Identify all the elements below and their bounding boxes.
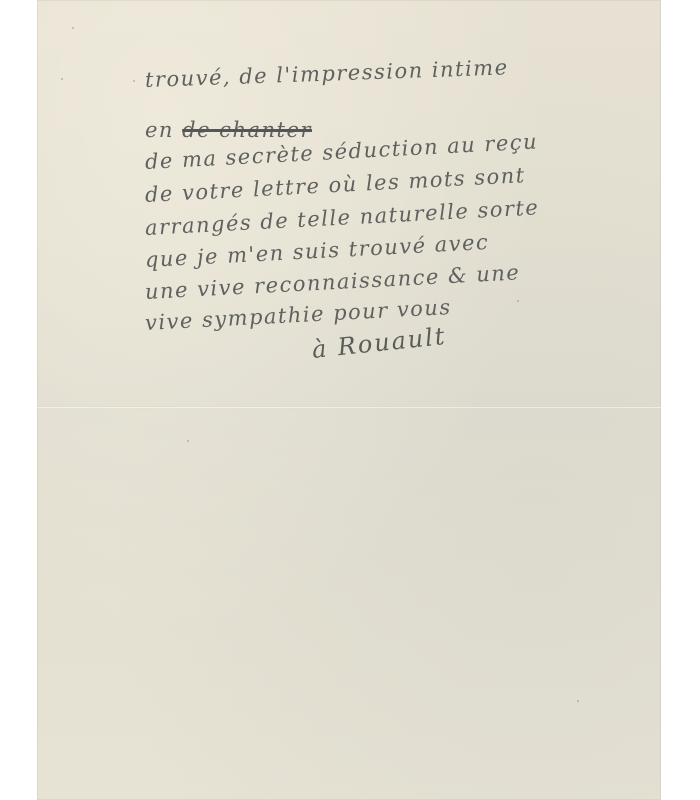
letter-line-2-prefix: en bbox=[145, 118, 174, 142]
struck-through-text: de chanter bbox=[182, 118, 312, 142]
letter-paper bbox=[37, 0, 661, 800]
letter-line-2: en de chanter bbox=[145, 118, 312, 142]
paper-speck bbox=[61, 78, 63, 80]
paper-speck bbox=[187, 440, 189, 442]
paper-speck bbox=[517, 300, 519, 302]
paper-speck bbox=[577, 700, 579, 702]
paper-speck bbox=[72, 27, 74, 29]
paper-fold-line bbox=[37, 406, 661, 409]
paper-speck bbox=[133, 80, 135, 82]
